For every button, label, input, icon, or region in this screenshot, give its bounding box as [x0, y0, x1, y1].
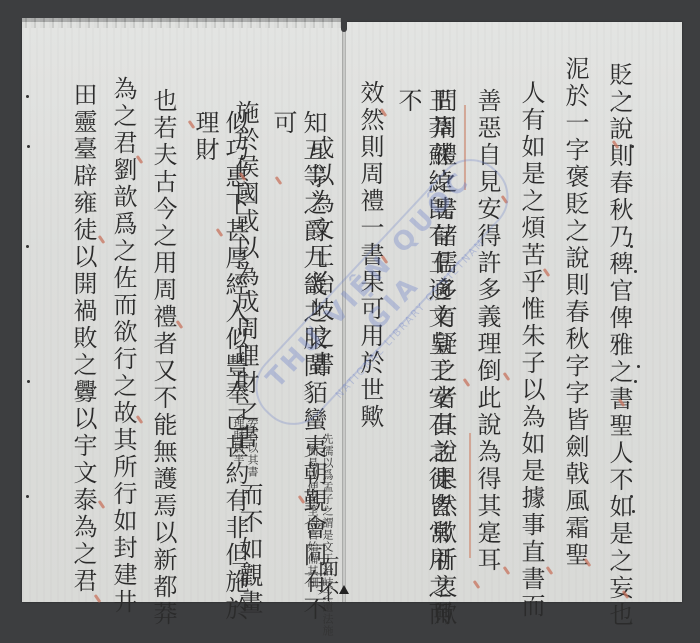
- binding-dot: [630, 495, 633, 498]
- right-page-column-4: 善惡自見安得許多義理倒此說為得其寔耳: [472, 88, 502, 574]
- left-page-column-7: 田靈臺辟雍徒以開禍敗之釁以宇文泰為之君: [68, 82, 98, 595]
- red-underline: [469, 433, 471, 558]
- binding-dot: [630, 245, 633, 248]
- fold-notch: [341, 18, 347, 32]
- binding-dot: [26, 245, 29, 248]
- binding-dot: [632, 510, 635, 513]
- right-page-column-3: 人有如是之煩苦乎惟朱子以為如是據事直書而: [516, 80, 546, 620]
- binding-dot: [27, 380, 30, 383]
- binding-dot: [634, 380, 637, 383]
- torn-top-edge: [22, 18, 342, 28]
- binding-dot: [637, 365, 640, 368]
- binding-dot: [634, 270, 637, 273]
- binding-dot: [631, 145, 634, 148]
- left-page-column-6: 為之君劉歆爲之佐而欲行之故其所行如封建井: [108, 76, 138, 616]
- binding-dot: [628, 95, 631, 98]
- red-underline: [464, 105, 466, 190]
- left-page-column-4: 似巧惠下甚厚經入似豐奉己甚約有非但施於理財: [190, 110, 250, 643]
- left-page-column-5: 也若夫古今之用周禮者又不能無護焉以新都莽: [148, 88, 178, 628]
- left-page-column-2: 知五等之爵九畿之服閩貊蠻夷朝覲會同有不可: [268, 110, 328, 643]
- right-page-column-6: 王莽蘇綽旣有王適文皇王安石之徒皆常用之而不: [393, 88, 453, 643]
- binding-dot: [27, 145, 30, 148]
- binding-dot: [26, 495, 29, 498]
- binding-dot: [26, 95, 29, 98]
- right-page-column-2: 泥於一字褒貶之說則春秋字字皆劍戟風霜聖: [560, 56, 590, 569]
- center-fold: [342, 22, 346, 602]
